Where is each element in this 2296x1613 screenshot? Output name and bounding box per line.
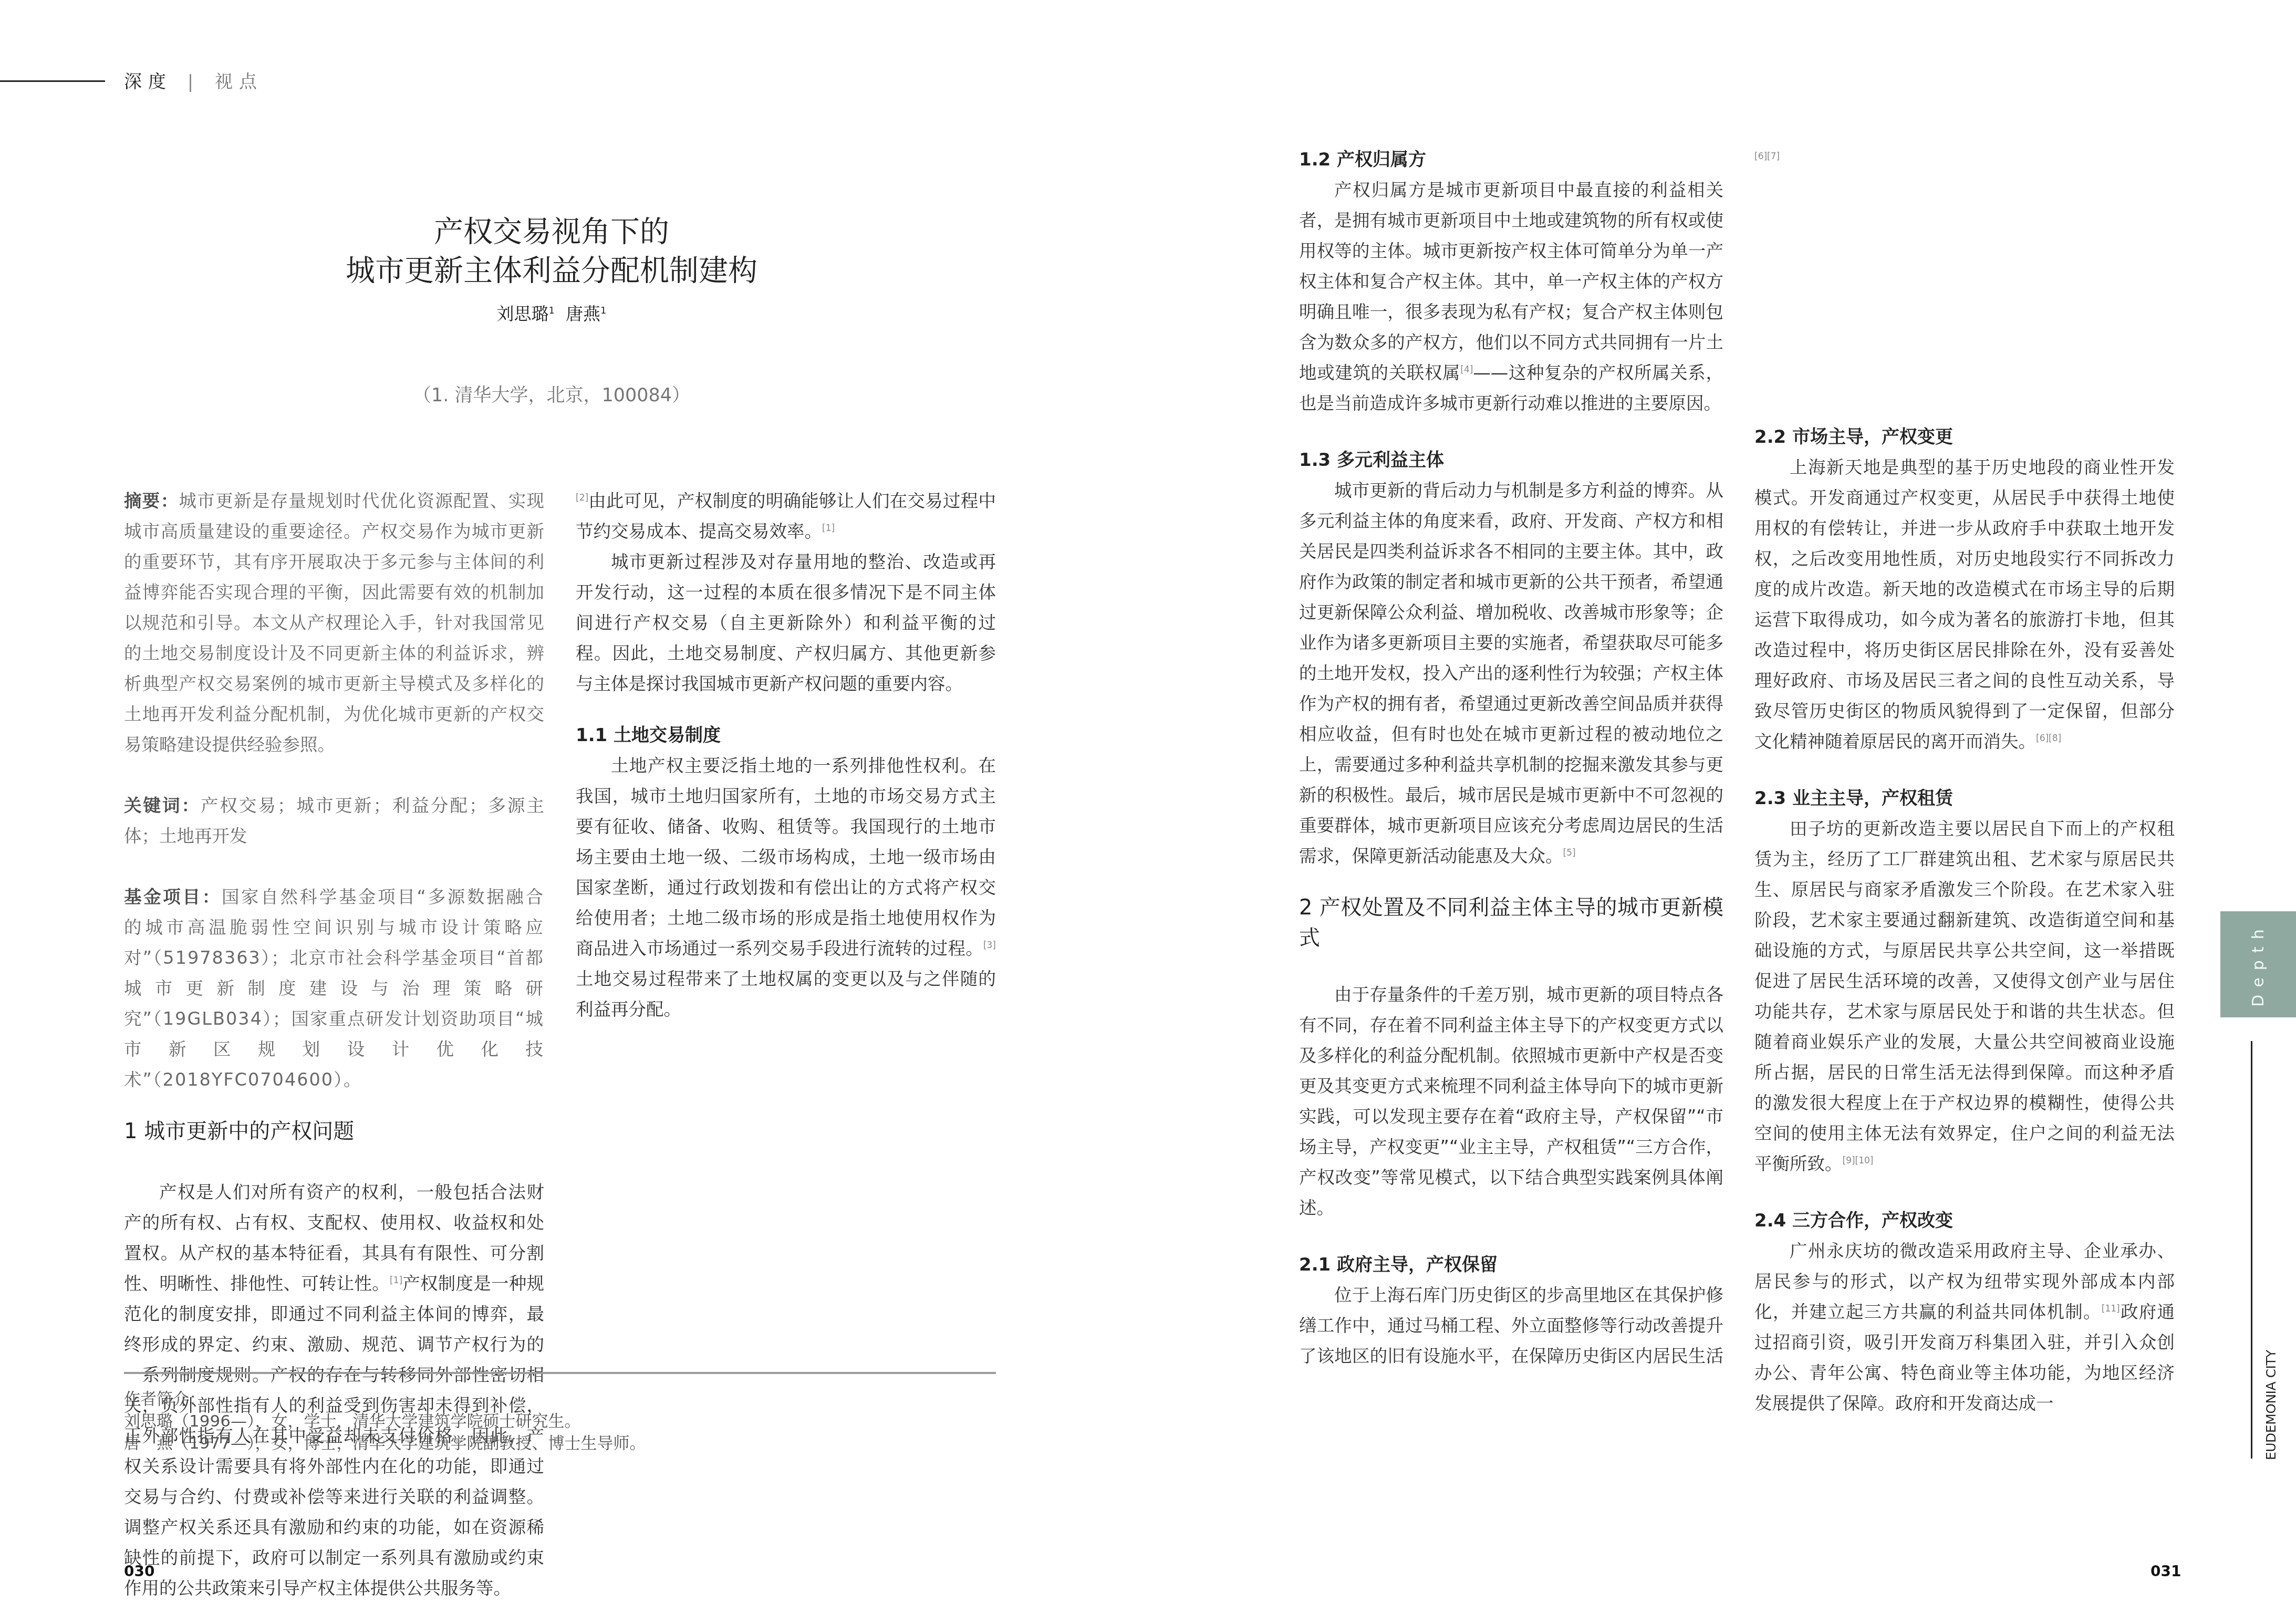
paragraph-text: 城市更新的背后动力与机制是多方利益的博弈。从多元利益主体的角度来看，政府、开发商…	[1299, 480, 1723, 866]
section-heading-2: 2 产权处置及不同利益主体主导的城市更新模式	[1299, 892, 1723, 953]
citation[interactable]: [2]	[576, 493, 588, 503]
author-bio-line: 刘思璐（1996—），女，学士，清华大学建筑学院硕士研究生。	[124, 1410, 996, 1432]
subsection-heading: 1.1 土地交易制度	[576, 720, 996, 751]
paragraph: 上海新天地是典型的基于历史地段的商业性开发模式。开发商通过产权变更，从居民手中获…	[1754, 452, 2175, 757]
brand-name: EUDEMONIA CITY	[2263, 1350, 2279, 1460]
citation[interactable]: [9][10]	[1843, 1156, 1874, 1166]
author-bio-label: 作者简介：	[124, 1388, 996, 1410]
section-label: 深度 | 视点	[124, 67, 263, 93]
subsection-heading: 2.3 业主主导，产权租赁	[1754, 783, 2175, 814]
citation[interactable]: [6][7]	[1754, 151, 1780, 162]
subsection-heading: 2.2 市场主导，产权变更	[1754, 422, 2175, 452]
title-line-2: 城市更新主体利益分配机制建构	[263, 252, 840, 290]
paragraph: 产权归属方是城市更新项目中最直接的利益相关者，是拥有城市更新项目中土地或建筑物的…	[1299, 175, 1723, 419]
keywords-label: 关键词：	[124, 795, 201, 816]
page-number-left: 030	[124, 1563, 154, 1580]
funding: 基金项目：国家自然科学基金项目“多源数据融合的城市高温脆弱性空间识别与城市设计策…	[124, 882, 544, 1095]
paragraph-text: 产权归属方是城市更新项目中最直接的利益相关者，是拥有城市更新项目中土地或建筑物的…	[1299, 180, 1723, 383]
paragraph: 土地产权主要泛指土地的一系列排他性权利。在我国，城市土地归国家所有，土地的市场交…	[576, 751, 996, 1025]
paragraph-text: 由此可见，产权制度的明确能够让人们在交易过程中节约交易成本、提高交易效率。	[576, 491, 996, 542]
abstract: 摘要：城市更新是存量规划时代优化资源配置、实现城市高质量建设的重要途径。产权交易…	[124, 486, 544, 760]
author-bio-line: 唐 燕（1977—），女，博士，清华大学建筑学院副教授、博士生导师。	[124, 1432, 996, 1454]
subsection-heading: 2.1 政府主导，产权保留	[1299, 1250, 1723, 1280]
section-name: 深度	[124, 71, 172, 92]
authors: 刘思璐1 唐燕1	[263, 300, 840, 325]
author-affil-mark: 1	[549, 305, 555, 316]
citation[interactable]: [6][8]	[2036, 733, 2061, 744]
subsection-heading: 2.4 三方合作，产权改变	[1754, 1205, 2175, 1236]
affiliation: （1. 清华大学，北京，100084）	[263, 381, 840, 407]
side-tab-depth: Depth	[2220, 911, 2296, 1017]
paragraph-text: 上海新天地是典型的基于历史地段的商业性开发模式。开发商通过产权变更，从居民手中获…	[1754, 457, 2175, 752]
paragraph-continued: [6][7]	[1754, 144, 2175, 175]
abstract-text: 城市更新是存量规划时代优化资源配置、实现城市高质量建设的重要途径。产权交易作为城…	[124, 491, 544, 755]
citation[interactable]: [4]	[1460, 365, 1473, 375]
funding-text: 国家自然科学基金项目“多源数据融合的城市高温脆弱性空间识别与城市设计策略应对”（…	[124, 887, 544, 1090]
title-line-1: 产权交易视角下的	[263, 213, 840, 252]
page-number-right: 031	[2150, 1563, 2181, 1580]
paragraph: 城市更新过程涉及对存量用地的整治、改造或再开发行动，这一过程的本质在很多情况下是…	[576, 547, 996, 699]
right-column-2: [6][7] 2.2 市场主导，产权变更 上海新天地是典型的基于历史地段的商业性…	[1754, 144, 2175, 1419]
subsection-heading: 1.2 产权归属方	[1299, 144, 1723, 175]
paragraph: 城市更新的背后动力与机制是多方利益的博弈。从多元利益主体的角度来看，政府、开发商…	[1299, 475, 1723, 871]
citation[interactable]: [11]	[2102, 1304, 2120, 1314]
keywords: 关键词：产权交易；城市更新；利益分配；多源主体；土地再开发	[124, 790, 544, 851]
footnote-rule	[124, 1372, 996, 1374]
paragraph: 由于存量条件的千差万别，城市更新的项目特点各有不同，存在着不同利益主体主导下的产…	[1299, 980, 1723, 1223]
section-heading-1: 1 城市更新中的产权问题	[124, 1116, 544, 1147]
subsection-heading: 1.3 多元利益主体	[1299, 445, 1723, 475]
paragraph-text: 土地产权主要泛指土地的一系列排他性权利。在我国，城市土地归国家所有，土地的市场交…	[576, 755, 996, 959]
paragraph-text: 田子坊的更新改造主要以居民自下而上的产权租赁为主，经历了工厂群建筑出租、艺术家与…	[1754, 818, 2175, 1174]
citation[interactable]: [1]	[822, 523, 835, 534]
author-name: 唐燕	[566, 304, 600, 324]
funding-label: 基金项目：	[124, 887, 222, 907]
section-separator: |	[188, 71, 200, 92]
side-brand: EUDEMONIA CITY	[2259, 1318, 2280, 1460]
author-bio: 作者简介： 刘思璐（1996—），女，学士，清华大学建筑学院硕士研究生。 唐 燕…	[124, 1388, 996, 1454]
side-rule	[2251, 1041, 2252, 1459]
author-name: 刘思璐	[497, 304, 549, 324]
article-title: 产权交易视角下的 城市更新主体利益分配机制建构	[263, 213, 840, 290]
abstract-label: 摘要：	[124, 491, 179, 511]
right-column-1: 1.2 产权归属方 产权归属方是城市更新项目中最直接的利益相关者，是拥有城市更新…	[1299, 144, 1723, 1371]
paragraph-continued: [2]由此可见，产权制度的明确能够让人们在交易过程中节约交易成本、提高交易效率。…	[576, 486, 996, 547]
header-rule	[0, 80, 105, 82]
subsection-name: 视点	[215, 71, 263, 92]
left-column-2-content: [2]由此可见，产权制度的明确能够让人们在交易过程中节约交易成本、提高交易效率。…	[576, 486, 996, 1025]
paragraph-text: 土地交易过程带来了土地权属的变更以及与之伴随的利益再分配。	[576, 969, 996, 1019]
citation[interactable]: [3]	[983, 940, 996, 951]
paragraph: 位于上海石库门历史街区的步高里地区在其保护修缮工作中，通过马桶工程、外立面整修等…	[1299, 1280, 1723, 1371]
side-tab-label: Depth	[2249, 922, 2268, 1006]
paragraph: 田子坊的更新改造主要以居民自下而上的产权租赁为主，经历了工厂群建筑出租、艺术家与…	[1754, 814, 2175, 1179]
paragraph: 广州永庆坊的微改造采用政府主导、企业承办、居民参与的形式，以产权为纽带实现外部成…	[1754, 1236, 2175, 1419]
author-affil-mark: 1	[600, 305, 606, 316]
citation[interactable]: [1]	[390, 1275, 402, 1286]
citation[interactable]: [5]	[1563, 848, 1576, 858]
